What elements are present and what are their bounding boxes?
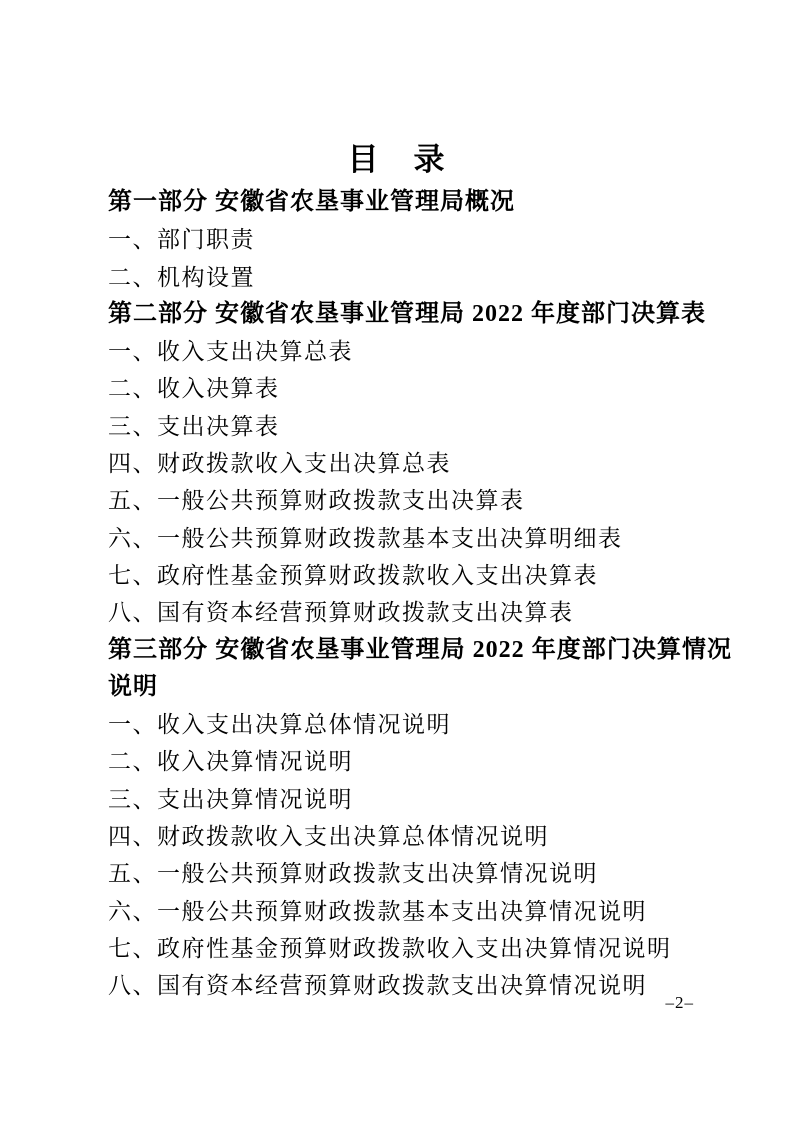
document-page: 目 录 第一部分 安徽省农垦事业管理局概况 一、部门职责 二、机构设置 第二部分… xyxy=(0,0,794,1123)
toc-item: 七、政府性基金预算财政拨款收入支出决算表 xyxy=(108,557,732,594)
toc-section-1-heading: 第一部分 安徽省农垦事业管理局概况 xyxy=(108,184,732,221)
toc-item: 二、收入决算表 xyxy=(108,370,732,407)
toc-item: 四、财政拨款收入支出决算总表 xyxy=(108,445,732,482)
toc-item: 一、收入支出决算总体情况说明 xyxy=(108,706,732,743)
toc-item: 二、收入决算情况说明 xyxy=(108,743,732,780)
page-number: –2– xyxy=(666,993,695,1013)
toc-item: 五、一般公共预算财政拨款支出决算情况说明 xyxy=(108,855,732,892)
toc-section-2-heading: 第二部分 安徽省农垦事业管理局 2022 年度部门决算表 xyxy=(108,296,732,333)
toc-item: 一、部门职责 xyxy=(108,221,732,258)
toc-item: 八、国有资本经营预算财政拨款支出决算情况说明 xyxy=(108,967,732,1004)
toc-item: 八、国有资本经营预算财政拨款支出决算表 xyxy=(108,594,732,631)
toc-item: 二、机构设置 xyxy=(108,259,732,296)
toc-item: 六、一般公共预算财政拨款基本支出决算情况说明 xyxy=(108,893,732,930)
toc-item: 七、政府性基金预算财政拨款收入支出决算情况说明 xyxy=(108,930,732,967)
toc-item: 四、财政拨款收入支出决算总体情况说明 xyxy=(108,818,732,855)
toc-item: 三、支出决算情况说明 xyxy=(108,781,732,818)
toc-item: 六、一般公共预算财政拨款基本支出决算明细表 xyxy=(108,520,732,557)
toc-item: 三、支出决算表 xyxy=(108,408,732,445)
table-of-contents: 第一部分 安徽省农垦事业管理局概况 一、部门职责 二、机构设置 第二部分 安徽省… xyxy=(108,184,732,1005)
toc-section-3-heading: 第三部分 安徽省农垦事业管理局 2022 年度部门决算情况说明 xyxy=(108,632,732,707)
page-title: 目 录 xyxy=(0,137,794,183)
toc-item: 一、收入支出决算总表 xyxy=(108,333,732,370)
toc-item: 五、一般公共预算财政拨款支出决算表 xyxy=(108,482,732,519)
